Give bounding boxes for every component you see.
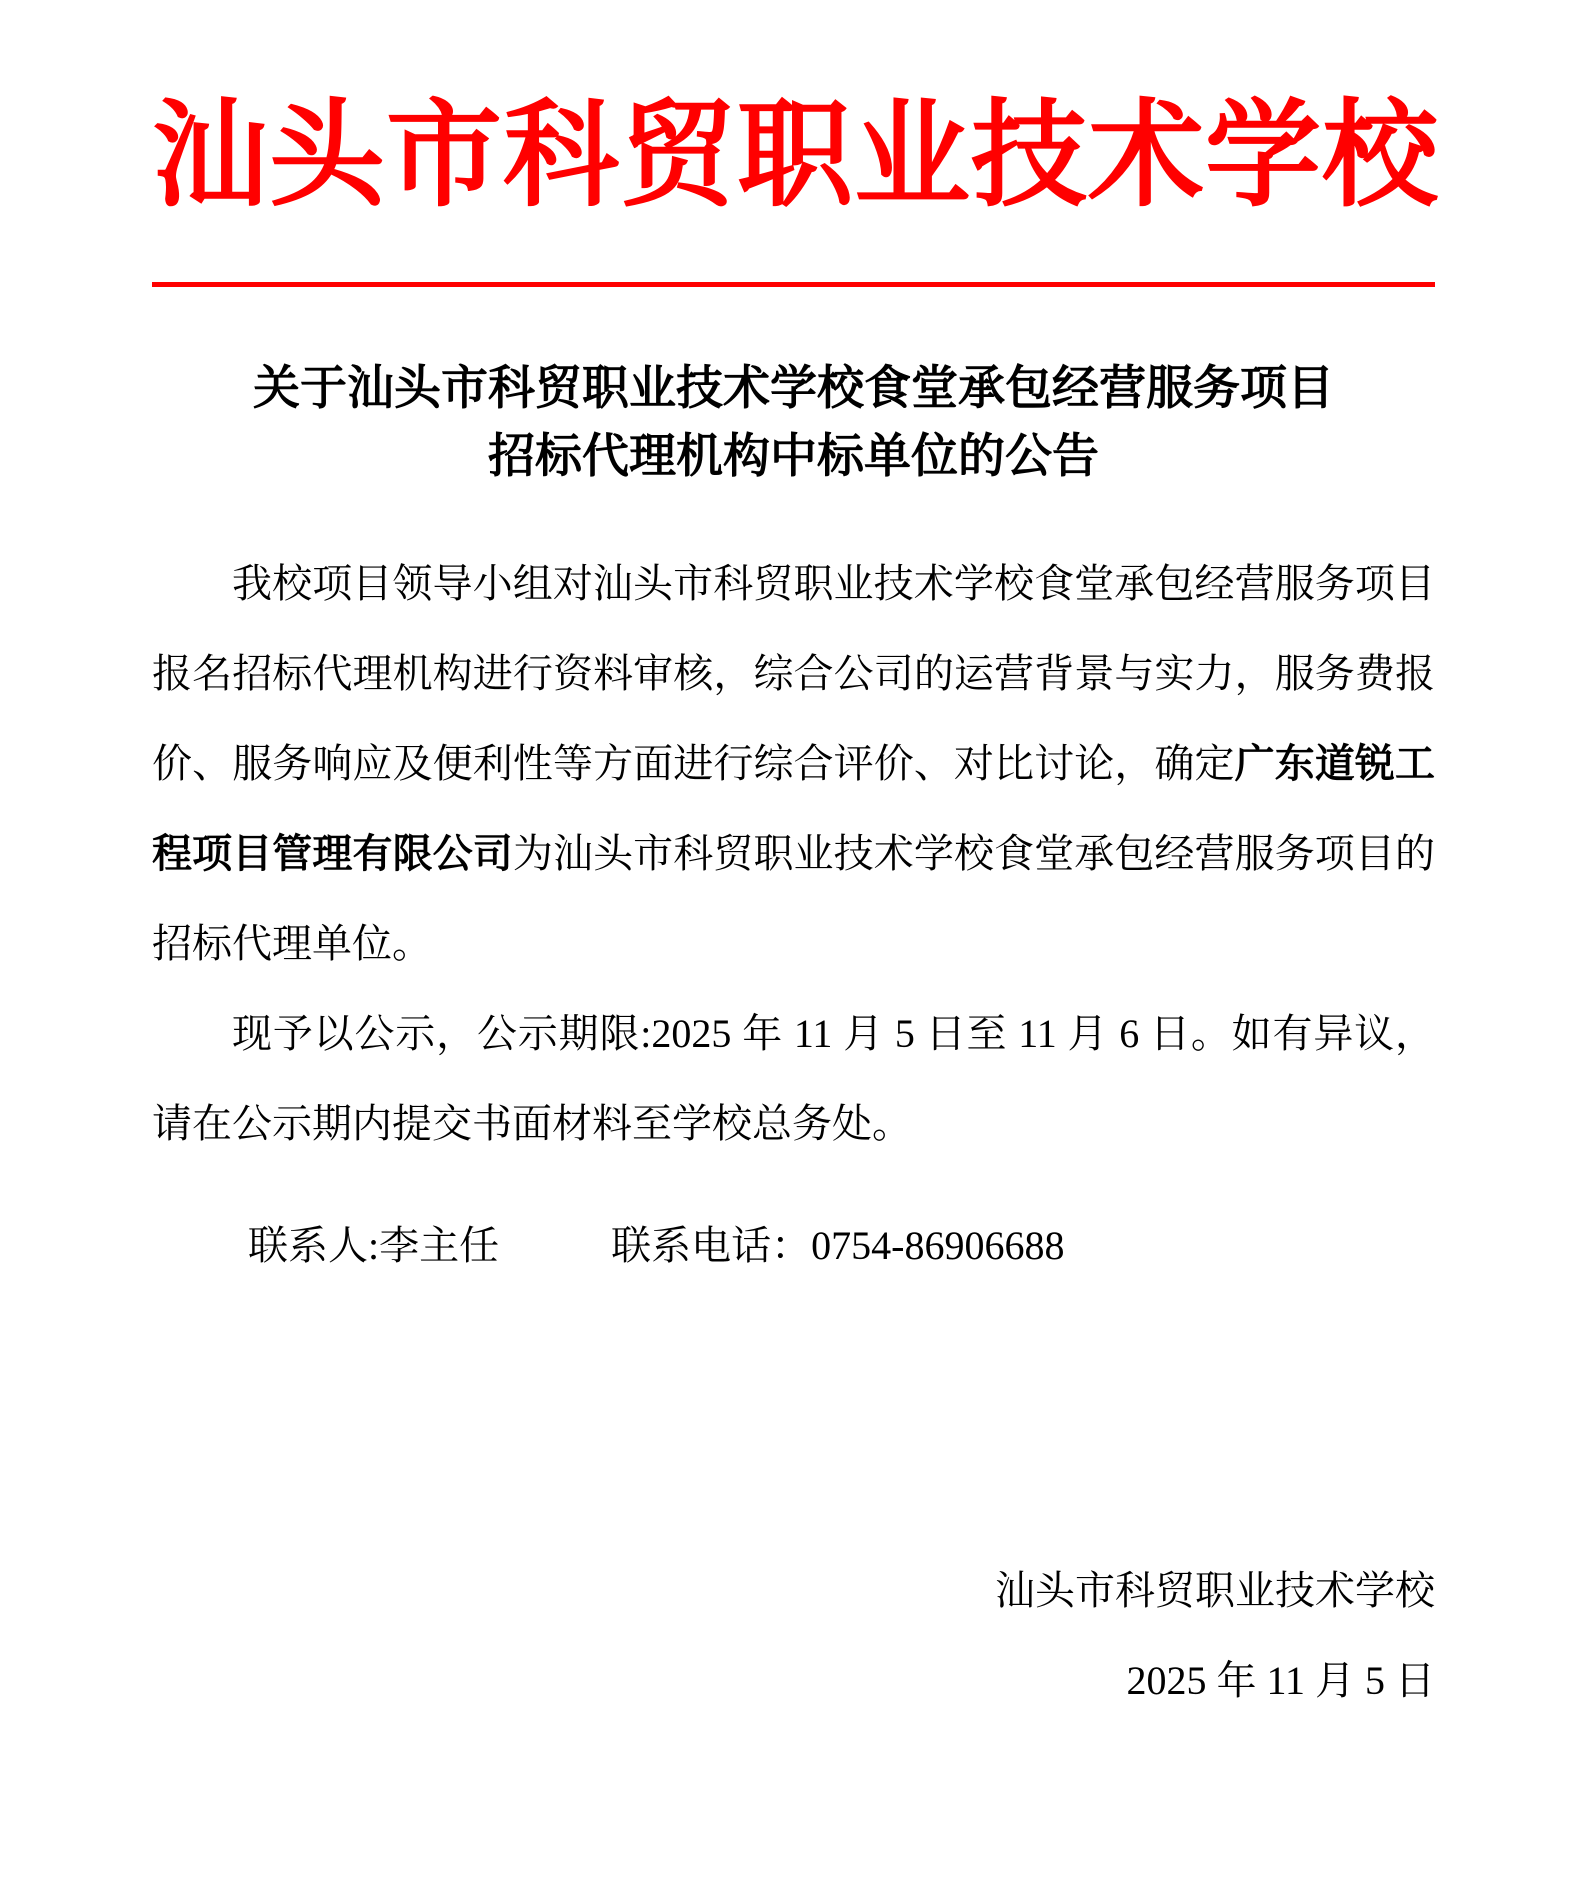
contact-person-name: 李主任 [379,1223,499,1268]
document-title-line2: 招标代理机构中标单位的公告 [152,423,1435,491]
contact-info-line: 联系人:李主任联系电话：0754-86906688 [152,1201,1435,1291]
announcement-document-page: 汕头市科贸职业技术学校 关于汕头市科贸职业技术学校食堂承包经营服务项目 招标代理… [0,0,1587,1885]
document-body: 我校项目领导小组对汕头市科贸职业技术学校食堂承包经营服务项目报名招标代理机构进行… [152,539,1435,1169]
signature-block: 汕头市科贸职业技术学校 2025 年 11 月 5 日 [152,1546,1435,1726]
body-paragraph-decision: 我校项目领导小组对汕头市科贸职业技术学校食堂承包经营服务项目报名招标代理机构进行… [152,539,1435,989]
document-title-line1: 关于汕头市科贸职业技术学校食堂承包经营服务项目 [152,355,1435,423]
body-paragraph-publicity-period: 现予以公示，公示期限:2025 年 11 月 5 日至 11 月 6 日。如有异… [152,989,1435,1169]
signature-school-name: 汕头市科贸职业技术学校 [152,1546,1435,1636]
letterhead-school-name: 汕头市科贸职业技术学校 [152,62,1435,252]
contact-phone-label: 联系电话： [611,1223,811,1268]
letterhead-red-divider [152,282,1435,287]
contact-phone-number: 0754-86906688 [811,1223,1064,1268]
contact-person-label: 联系人: [248,1223,379,1268]
signature-date: 2025 年 11 月 5 日 [152,1636,1435,1726]
document-title: 关于汕头市科贸职业技术学校食堂承包经营服务项目 招标代理机构中标单位的公告 [152,355,1435,491]
